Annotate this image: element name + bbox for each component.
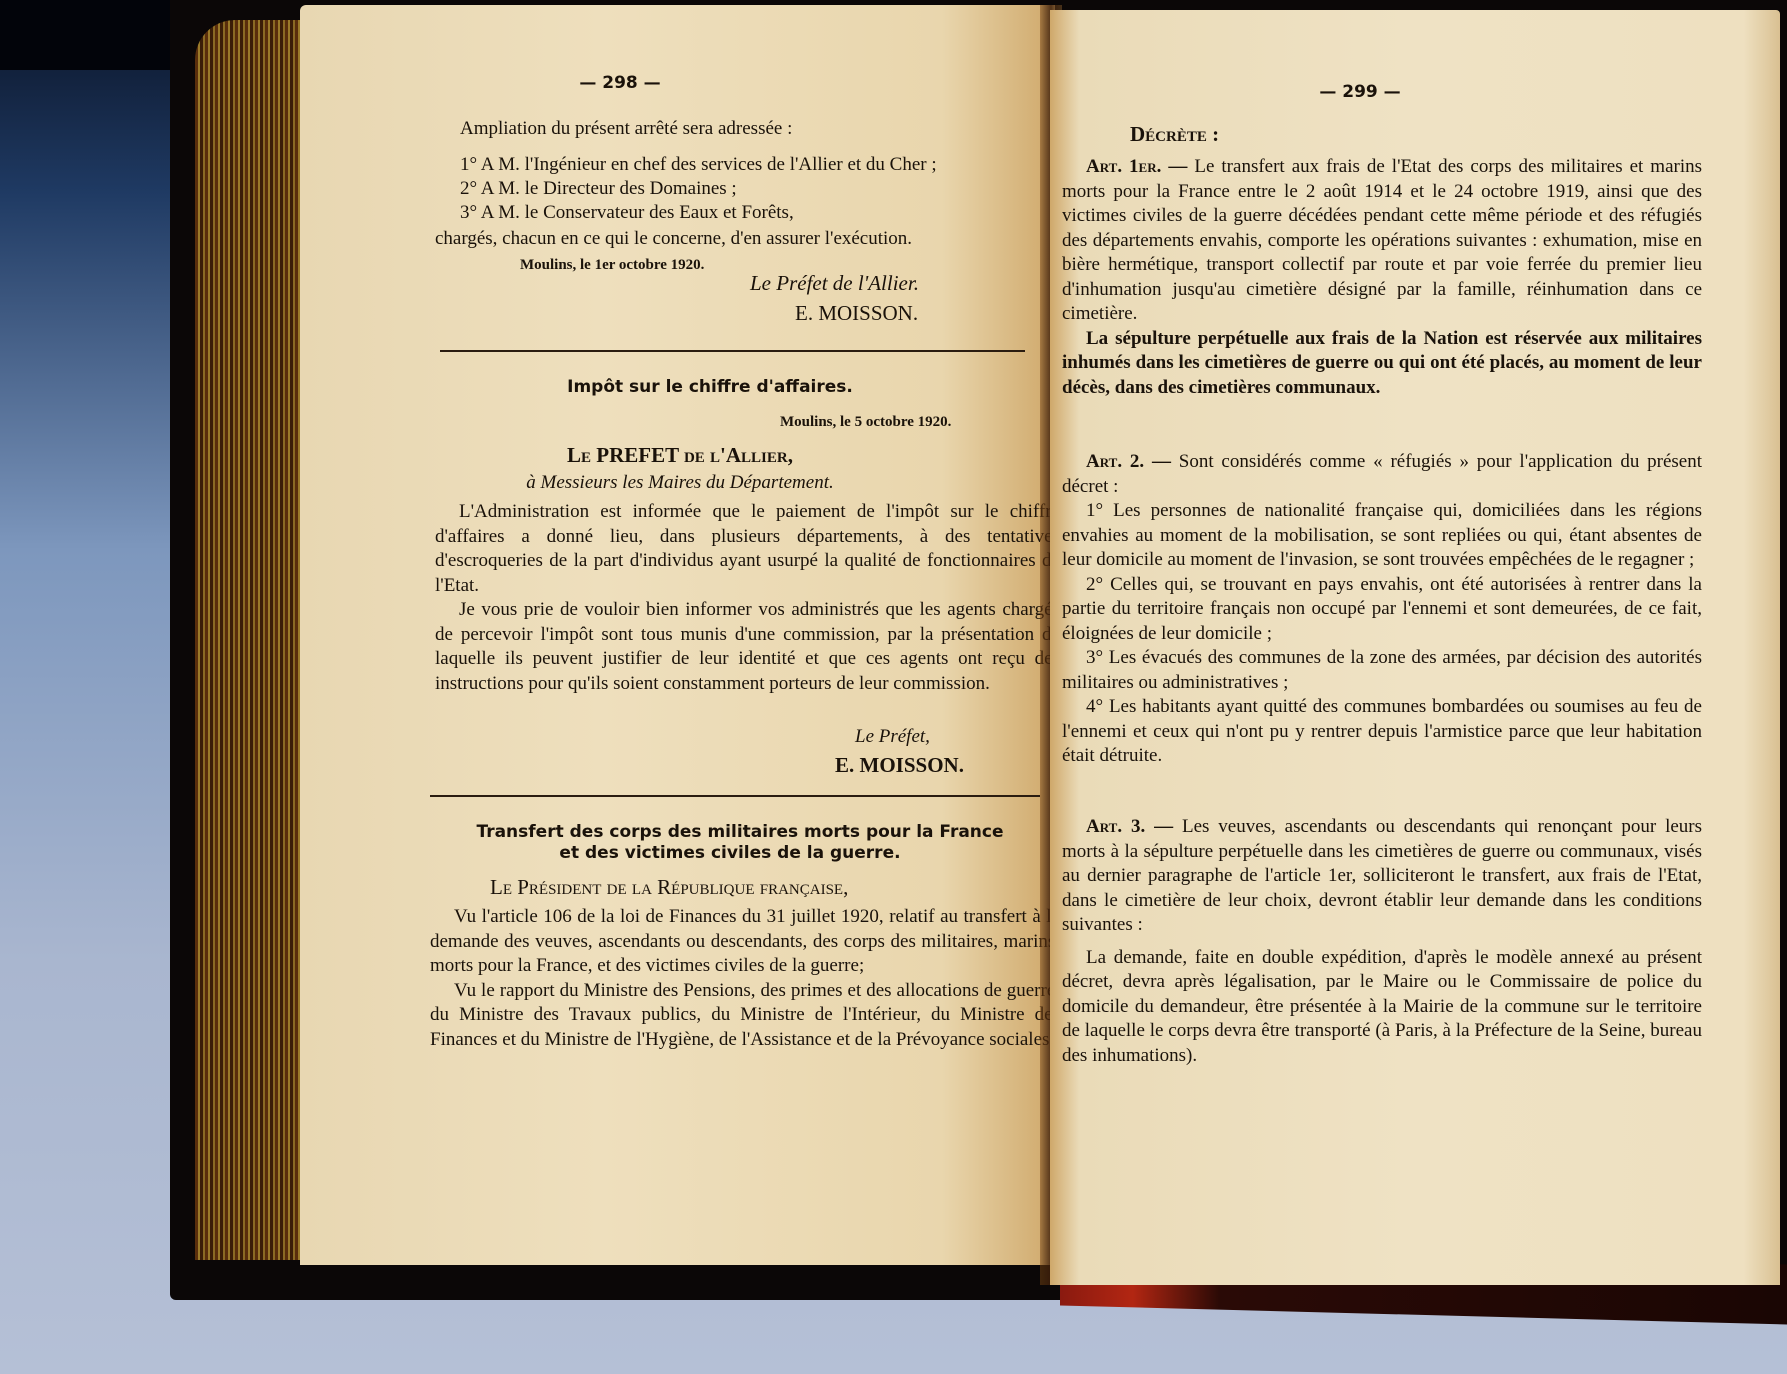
page-edges: [195, 20, 305, 1260]
section-divider: [440, 350, 1025, 352]
paragraph: Vu l'article 106 de la loi de Finances d…: [430, 905, 1060, 979]
decree-heading: Décrète :: [1130, 122, 1219, 146]
paragraph: 3° Les évacués des communes de la zone d…: [1062, 646, 1702, 695]
section-divider: [430, 795, 1040, 797]
signature-title: Le Préfet de l'Allier.: [750, 271, 919, 295]
article-1: Art. 1er. — Le transfert aux frais de l'…: [1062, 155, 1702, 400]
article-label: Art. 3. —: [1086, 816, 1173, 837]
ampliation-charge: chargés, chacun en ce qui le concerne, d…: [435, 227, 912, 251]
paragraph: Vu le rapport du Ministre des Pensions, …: [430, 979, 1060, 1053]
page-number: — 299 —: [1050, 80, 1670, 104]
paragraph: Je vous prie de vouloir bien informer vo…: [435, 598, 1060, 696]
signature-name: E. MOISSON.: [835, 753, 964, 777]
article-label: Art. 1er. —: [1086, 156, 1187, 177]
article-label: Art. 2. —: [1086, 451, 1171, 472]
right-page: — 299 — Décrète : Art. 1er. — Le transfe…: [1050, 10, 1780, 1285]
section-heading: et des victimes civiles de la guerre.: [420, 841, 1040, 865]
decree-issuer: Le Président de la République française,: [490, 875, 848, 899]
paragraph: 4° Les habitants ayant quitté des commun…: [1062, 695, 1702, 769]
paragraph: Le transfert aux frais de l'Etat des cor…: [1062, 156, 1702, 324]
paragraph: 2° Celles qui, se trouvant en pays envah…: [1062, 573, 1702, 647]
paragraph: La demande, faite en double expédition, …: [1062, 946, 1702, 1069]
ampliation-intro: Ampliation du présent arrêté sera adress…: [460, 117, 792, 141]
letter-from: Le PREFET de l'Allier,: [300, 443, 1060, 467]
left-page: — 298 — Ampliation du présent arrêté ser…: [300, 5, 1055, 1265]
page-number: — 298 —: [300, 71, 940, 95]
article-2: Art. 2. — Sont considérés comme « réfugi…: [1062, 450, 1702, 769]
ampliation-item: 2° A M. le Directeur des Domaines ;: [460, 177, 737, 201]
letter-date: Moulins, le 5 octobre 1920.: [780, 410, 951, 434]
signature-title: Le Préfet,: [855, 725, 930, 749]
letter-body: L'Administration est informée que le pai…: [435, 500, 1060, 696]
signature-name: E. MOISSON.: [795, 301, 918, 325]
paragraph: 1° Les personnes de nationalité français…: [1062, 499, 1702, 573]
section-heading: Impôt sur le chiffre d'affaires.: [300, 375, 1120, 399]
ampliation-item: 1° A M. l'Ingénieur en chef des services…: [460, 153, 937, 177]
paragraph: L'Administration est informée que le pai…: [435, 500, 1060, 598]
article-3: Art. 3. — Les veuves, ascendants ou desc…: [1062, 815, 1702, 1068]
paragraph: La sépulture perpétuelle aux frais de la…: [1062, 327, 1702, 401]
letter-to: à Messieurs les Maires du Département.: [300, 471, 1060, 495]
ampliation-item: 3° A M. le Conservateur des Eaux et Forê…: [460, 201, 794, 225]
decree-preamble: Vu l'article 106 de la loi de Finances d…: [430, 905, 1060, 1052]
ampliation-date: Moulins, le 1er octobre 1920.: [520, 253, 704, 277]
